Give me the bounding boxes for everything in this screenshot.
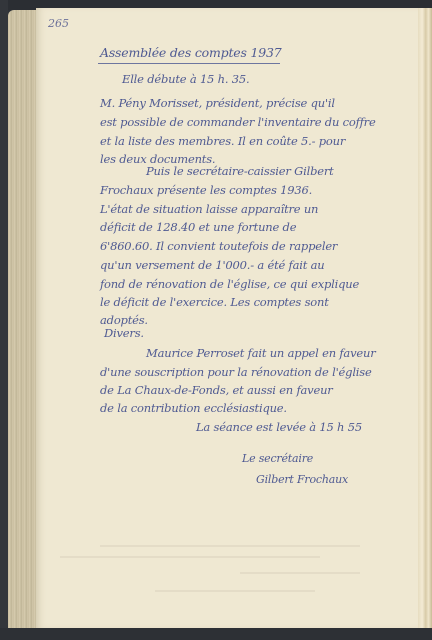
book-gutter-edge bbox=[418, 8, 432, 628]
bleed-through-mark bbox=[155, 590, 315, 592]
minutes-line: Frochaux présente les comptes 1936. bbox=[100, 183, 312, 197]
minutes-line: Maurice Perroset fait un appel en faveur bbox=[146, 346, 376, 360]
minutes-line: déficit de 128.40 et une fortune de bbox=[100, 220, 296, 234]
minutes-line: M. Pény Morisset, président, précise qu'… bbox=[100, 96, 335, 110]
section-title: Assemblée des comptes 1937 bbox=[100, 45, 281, 60]
scan-background-bottom bbox=[0, 628, 432, 640]
signature-role: Le secrétaire bbox=[242, 452, 313, 465]
page-number: 265 bbox=[48, 17, 69, 30]
minutes-line: adoptés. bbox=[100, 313, 148, 327]
bleed-through-mark bbox=[60, 556, 320, 558]
minutes-line: fond de rénovation de l'église, ce qui e… bbox=[100, 277, 359, 291]
minutes-line: 6'860.60. Il convient toutefois de rappe… bbox=[100, 239, 337, 253]
minutes-line: Elle débute à 15 h. 35. bbox=[122, 72, 249, 86]
page-edges-stack bbox=[8, 10, 36, 628]
bleed-through-mark bbox=[100, 545, 360, 547]
closing-line: La séance est levée à 15 h 55 bbox=[196, 420, 362, 434]
section-heading-divers: Divers. bbox=[104, 326, 144, 340]
minutes-line: L'état de situation laisse apparaître un bbox=[100, 202, 318, 216]
title-underline bbox=[98, 63, 280, 64]
minutes-line: de La Chaux-de-Fonds, et aussi en faveur bbox=[100, 383, 333, 397]
minutes-line: le déficit de l'exercice. Les comptes so… bbox=[100, 295, 329, 309]
minutes-line: et la liste des membres. Il en coûte 5.-… bbox=[100, 134, 345, 148]
minutes-line: est possible de commander l'inventaire d… bbox=[100, 115, 376, 129]
bleed-through-mark bbox=[240, 572, 360, 574]
book-scan: 265 Assemblée des comptes 1937 Elle débu… bbox=[0, 0, 432, 640]
minutes-line: qu'un versement de 1'000.- a été fait au bbox=[100, 258, 324, 272]
minutes-line: de la contribution ecclésiastique. bbox=[100, 401, 287, 415]
minutes-line: d'une souscription pour la rénovation de… bbox=[100, 365, 372, 379]
minutes-line: Puis le secrétaire-caissier Gilbert bbox=[146, 164, 334, 178]
scan-background-left bbox=[0, 0, 8, 640]
signature-name: Gilbert Frochaux bbox=[256, 473, 348, 486]
